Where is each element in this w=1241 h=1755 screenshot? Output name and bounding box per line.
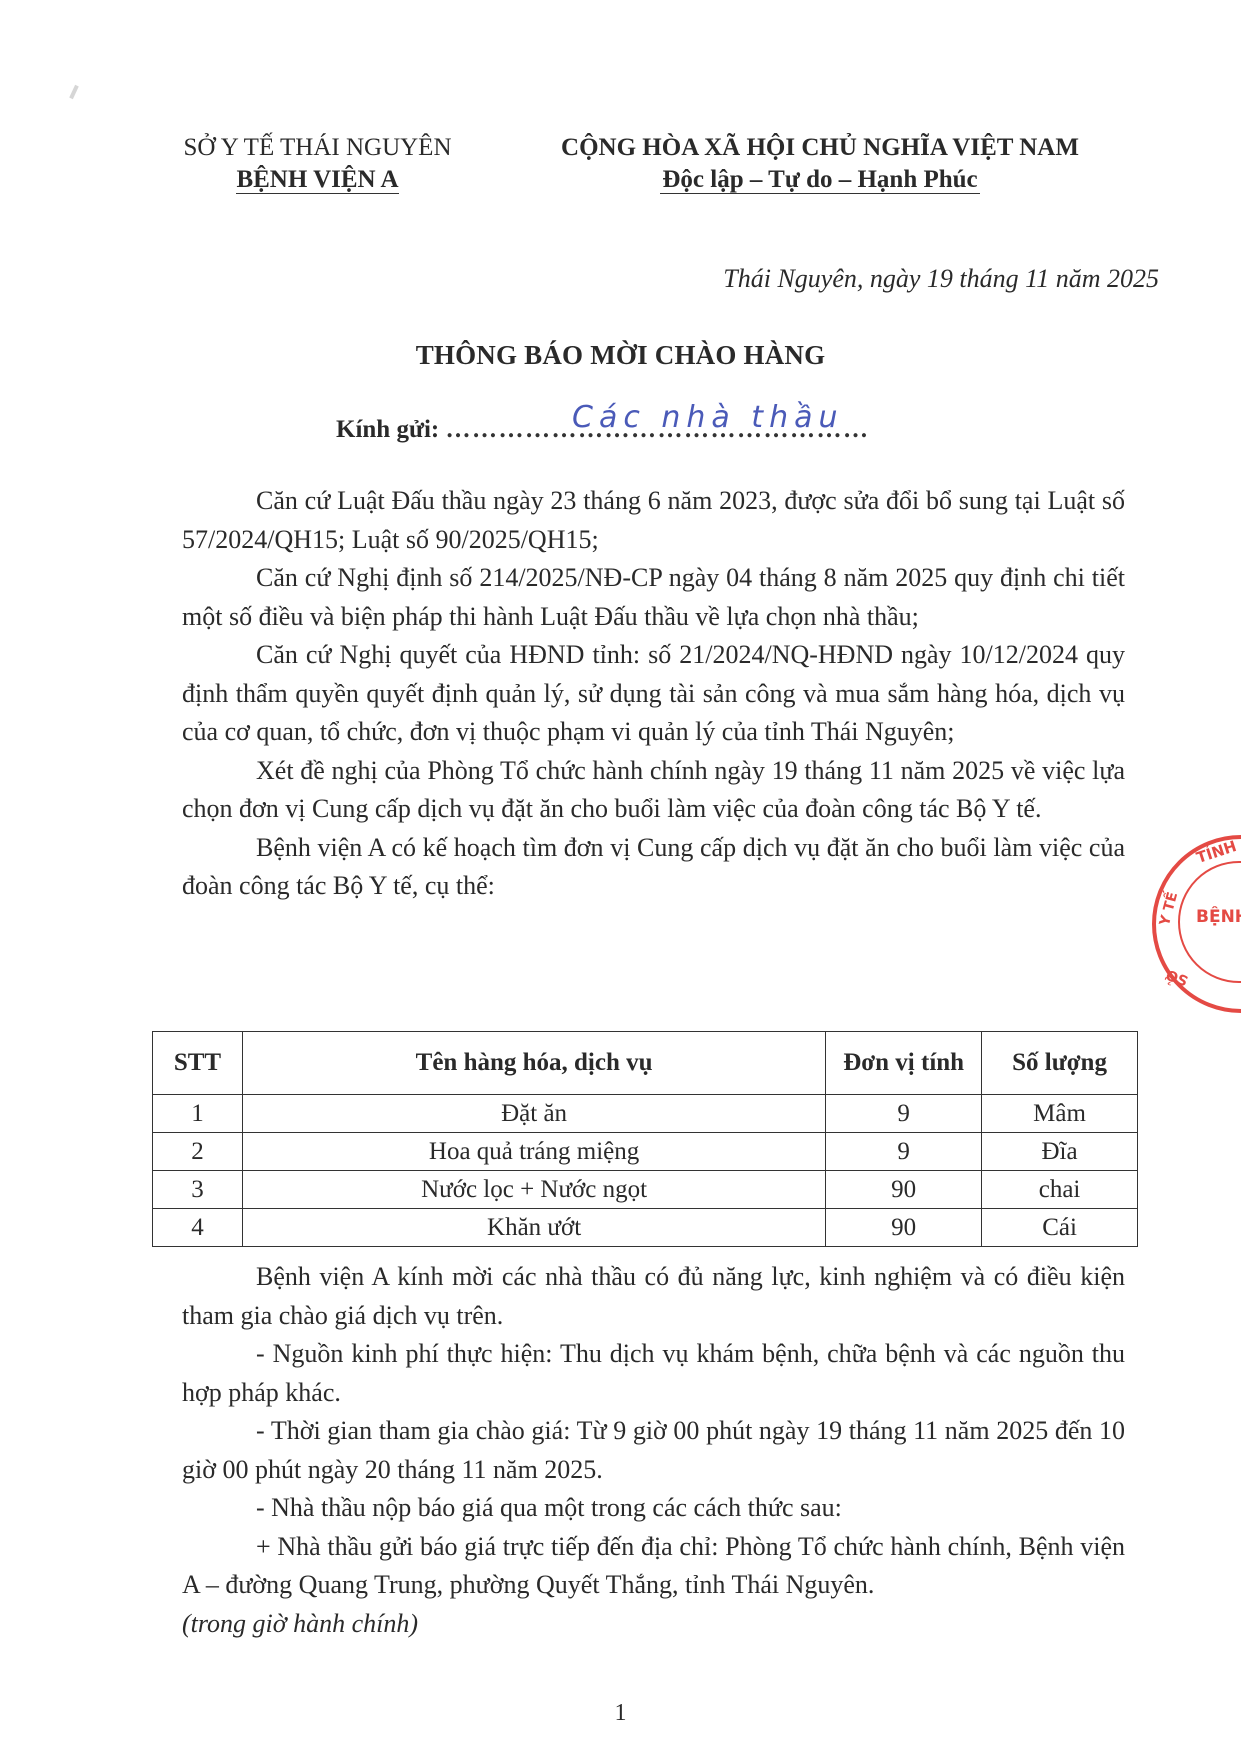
motto: Độc lập – Tự do – Hạnh Phúc: [660, 167, 979, 194]
preamble: Căn cứ Luật Đấu thầu ngày 23 tháng 6 năm…: [182, 482, 1125, 906]
cell-item-name: Nước lọc + Nước ngọt: [242, 1171, 825, 1209]
header-item-name: Tên hàng hóa, dịch vụ: [242, 1032, 825, 1095]
paragraph-direct-submission: + Nhà thầu gửi báo giá trực tiếp đến địa…: [182, 1528, 1125, 1605]
paragraph-plan: Bệnh viện A có kế hoạch tìm đơn vị Cung …: [182, 829, 1125, 906]
table-row: 1 Đặt ăn 9 Mâm: [153, 1095, 1138, 1133]
header-quantity: Số lượng: [982, 1032, 1138, 1095]
cell-unit: 90: [826, 1209, 982, 1247]
hospital-name: BỆNH VIỆN A: [236, 167, 398, 194]
paragraph-legal-basis-2: Căn cứ Nghị định số 214/2025/NĐ-CP ngày …: [182, 559, 1125, 636]
cell-unit: 9: [826, 1095, 982, 1133]
cell-unit: 9: [826, 1133, 982, 1171]
greeting-label: Kính gửi:: [336, 416, 439, 443]
items-table: STT Tên hàng hóa, dịch vụ Đơn vị tính Số…: [152, 1031, 1138, 1247]
national-motto-block: CỘNG HÒA XÃ HỘI CHỦ NGHĨA VIỆT NAM Độc l…: [500, 132, 1140, 196]
table-row: 2 Hoa quả tráng miệng 9 Đĩa: [153, 1133, 1138, 1171]
handwritten-recipient: Các nhà thầu: [572, 400, 843, 435]
paragraph-legal-basis-1: Căn cứ Luật Đấu thầu ngày 23 tháng 6 năm…: [182, 482, 1125, 559]
cell-quantity: Cái: [982, 1209, 1138, 1247]
paragraph-funding-source: - Nguồn kinh phí thực hiện: Thu dịch vụ …: [182, 1335, 1125, 1412]
table-row: 3 Nước lọc + Nước ngọt 90 chai: [153, 1171, 1138, 1209]
scan-artifact: [69, 85, 79, 99]
paragraph-bid-period: - Thời gian tham gia chào giá: Từ 9 giờ …: [182, 1412, 1125, 1489]
cell-item-name: Đặt ăn: [242, 1095, 825, 1133]
paragraph-legal-basis-3: Căn cứ Nghị quyết của HĐND tỉnh: số 21/2…: [182, 636, 1125, 752]
stamp-text-center: BỆNH: [1196, 907, 1241, 927]
cell-item-name: Hoa quả tráng miệng: [242, 1133, 825, 1171]
cell-quantity: chai: [982, 1171, 1138, 1209]
paragraph-submission-methods: - Nhà thầu nộp báo giá qua một trong các…: [182, 1489, 1125, 1528]
date-line: Thái Nguyên, ngày 19 tháng 11 năm 2025: [723, 264, 1159, 294]
cell-unit: 90: [826, 1171, 982, 1209]
header-stt: STT: [153, 1032, 243, 1095]
greeting-line: Kính gửi: ………………………………………… Các nhà thầu: [336, 416, 869, 444]
cell-stt: 2: [153, 1133, 243, 1171]
office-hours-note: (trong giờ hành chính): [182, 1605, 1125, 1644]
official-seal-stamp: TỈNH Y TẾ SỞ BỆNH: [1152, 835, 1241, 1013]
cell-quantity: Đĩa: [982, 1133, 1138, 1171]
invitation-details: Bệnh viện A kính mời các nhà thầu có đủ …: [182, 1258, 1125, 1643]
cell-stt: 3: [153, 1171, 243, 1209]
country-name: CỘNG HÒA XÃ HỘI CHỦ NGHĨA VIỆT NAM: [500, 132, 1140, 164]
page-number: 1: [0, 1700, 1241, 1727]
stamp-text-bottom: SỞ: [1164, 966, 1190, 989]
cell-item-name: Khăn ướt: [242, 1209, 825, 1247]
paragraph-invitation: Bệnh viện A kính mời các nhà thầu có đủ …: [182, 1258, 1125, 1335]
paragraph-proposal: Xét đề nghị của Phòng Tổ chức hành chính…: [182, 752, 1125, 829]
table-row: 4 Khăn ướt 90 Cái: [153, 1209, 1138, 1247]
cell-stt: 1: [153, 1095, 243, 1133]
table-header-row: STT Tên hàng hóa, dịch vụ Đơn vị tính Số…: [153, 1032, 1138, 1095]
department-name: SỞ Y TẾ THÁI NGUYÊN: [160, 132, 475, 164]
issuing-agency-block: SỞ Y TẾ THÁI NGUYÊN BỆNH VIỆN A: [160, 132, 475, 196]
header-unit: Đơn vị tính: [826, 1032, 982, 1095]
document-title: THÔNG BÁO MỜI CHÀO HÀNG: [0, 340, 1241, 371]
cell-quantity: Mâm: [982, 1095, 1138, 1133]
cell-stt: 4: [153, 1209, 243, 1247]
